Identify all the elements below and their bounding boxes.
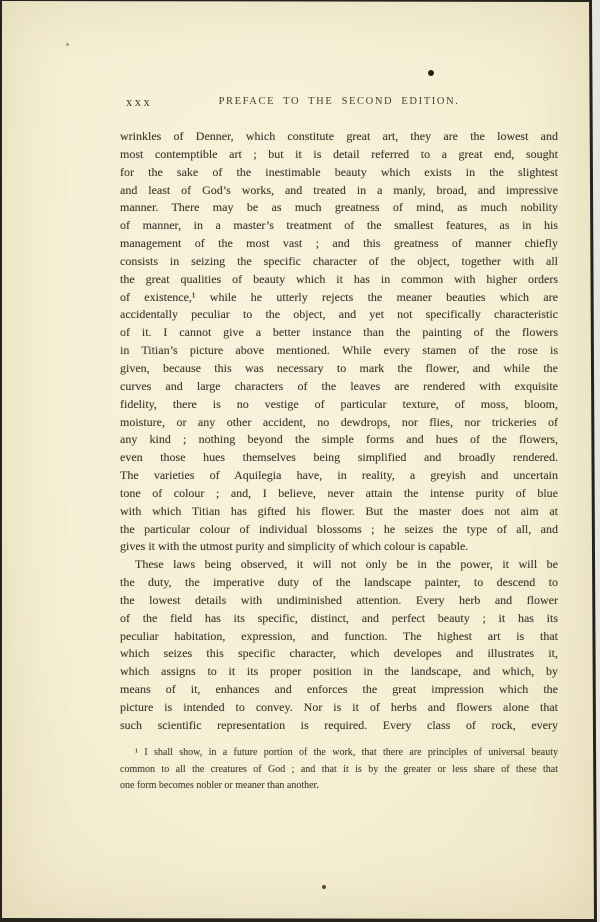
text-line: the lowest details with undiminished att… — [120, 592, 558, 610]
text-line: most contemptible art ; but it is detail… — [120, 146, 558, 164]
text-line: even those hues themselves being simplif… — [120, 449, 558, 467]
text-line: of the field has its specific, distinct,… — [120, 610, 558, 628]
text-line: of it. I cannot give a better instance t… — [120, 324, 558, 342]
scanned-book-page: xxx PREFACE TO THE SECOND EDITION. wrink… — [0, 0, 600, 922]
text-line: the great qualities of beauty which it h… — [120, 271, 558, 289]
text-line: which seizes this specific character, wh… — [120, 645, 558, 663]
text-line: the particular colour of individual blos… — [120, 521, 558, 539]
text-line: peculiar habitation, expression, and fun… — [120, 628, 558, 646]
text-line: for the sake of the inestimable beauty w… — [120, 164, 558, 182]
text-line: given, because this was necessary to mar… — [120, 360, 558, 378]
text-line: common to all the creatures of God ; and… — [120, 762, 558, 779]
text-line: moisture, or any other accident, no dewd… — [120, 414, 558, 432]
text-line: gives it with the utmost purity and simp… — [120, 538, 558, 556]
ink-speck — [428, 70, 434, 76]
footnote: ¹ I shall show, in a future portion of t… — [120, 745, 558, 795]
text-line: in Titian’s picture above mentioned. Whi… — [120, 342, 558, 360]
text-line: curves and large characters of the leave… — [120, 378, 558, 396]
text-line: which assigns to it its proper position … — [120, 663, 558, 681]
ink-speck — [322, 885, 326, 889]
ink-speck — [66, 43, 69, 46]
text-line: any kind ; nothing beyond the simple for… — [120, 431, 558, 449]
text-line: consists in seizing the specific charact… — [120, 253, 558, 271]
text-line: These laws being observed, it will not o… — [120, 556, 558, 574]
text-line: picture is intended to convey. Nor is it… — [120, 699, 558, 717]
text-line: the duty, the imperative duty of the lan… — [120, 574, 558, 592]
page-header: xxx PREFACE TO THE SECOND EDITION. — [120, 94, 558, 110]
text-line: such scientific representation is requir… — [120, 717, 558, 735]
page-number: xxx — [126, 94, 152, 110]
text-line: and least of God’s works, and treated in… — [120, 182, 558, 200]
body-text: wrinkles of Denner, which constitute gre… — [120, 128, 558, 735]
text-line: one form becomes nobler or meaner than a… — [120, 778, 558, 795]
text-line: means of it, enhances and enforces the g… — [120, 681, 558, 699]
text-line: fidelity, there is no vestige of particu… — [120, 396, 558, 414]
text-line: of manner, in a master’s treatment of th… — [120, 217, 558, 235]
text-line: ¹ I shall show, in a future portion of t… — [120, 745, 558, 762]
book-page: xxx PREFACE TO THE SECOND EDITION. wrink… — [0, 0, 600, 922]
text-line: of existence,¹ while he utterly rejects … — [120, 289, 558, 307]
text-line: tone of colour ; and, I believe, never a… — [120, 485, 558, 503]
text-line: The varieties of Aquilegia have, in real… — [120, 467, 558, 485]
text-line: manner. There may be as much greatness o… — [120, 199, 558, 217]
text-line: management of the most vast ; and this g… — [120, 235, 558, 253]
text-line: with which Titian has gifted his flower.… — [120, 503, 558, 521]
running-title: PREFACE TO THE SECOND EDITION. — [120, 94, 558, 110]
text-line: wrinkles of Denner, which constitute gre… — [120, 128, 558, 146]
text-line: accidentally peculiar to the object, and… — [120, 306, 558, 324]
